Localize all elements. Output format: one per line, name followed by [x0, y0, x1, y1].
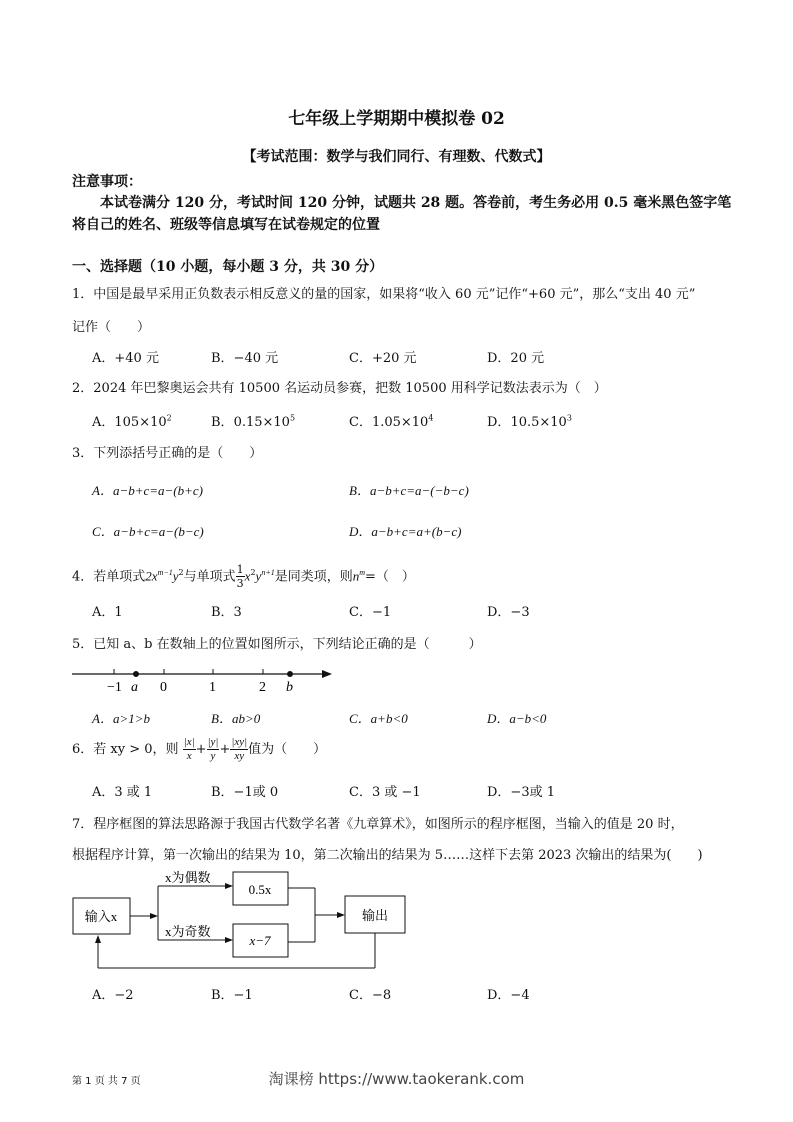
option-d: D．a−b+c=a+(b−c) [349, 521, 461, 540]
option-b: B．0.15×105 [211, 411, 295, 430]
question-1: 1．中国是最早采用正负数表示相反意义的量的国家，如果将“收入 60 元”记作“+… [72, 283, 695, 302]
question-text: 下列添括号正确的是（ ） [93, 446, 262, 461]
option-c: C．a+b<0 [349, 708, 408, 727]
option-b: B．a−b+c=a−(−b−c) [349, 480, 469, 499]
option-c: C．a−b+c=a−(b−c) [92, 521, 204, 540]
svg-text:−1: −1 [107, 680, 122, 695]
option-a: A．3 或 1 [92, 781, 152, 800]
option-c: C．+20 元 [349, 347, 417, 366]
option-d: D．−3或 1 [487, 781, 555, 800]
option-c: C．1.05×104 [349, 411, 433, 430]
svg-text:输出: 输出 [362, 908, 388, 923]
number-line-figure: −1 a 0 1 2 b [70, 660, 340, 695]
option-b: B．−40 元 [211, 347, 278, 366]
exam-scope: 【考试范围：数学与我们同行、有理数、代数式】 [0, 146, 793, 166]
svg-text:0: 0 [160, 680, 167, 695]
question-4: 4．若单项式2xm−1y2与单项式13x2yn+1是同类项，则nm=（ ） [72, 560, 415, 590]
question-7-line2: 根据程序计算，第一次输出的结果为 10，第二次输出的结果为 5……这样下去第 2… [72, 844, 703, 863]
svg-text:输入x: 输入x [85, 909, 118, 924]
fraction: 13 [236, 563, 245, 590]
option-a: A．a−b+c=a−(b+c) [92, 480, 203, 499]
question-number: 1． [72, 287, 93, 302]
svg-text:x−7: x−7 [248, 933, 271, 948]
option-c: C．−1 [349, 601, 391, 620]
section-title: 一、选择题（10 小题，每小题 3 分，共 30 分） [72, 256, 383, 276]
question-5: 5．已知 a、b 在数轴上的位置如图所示，下列结论正确的是（ ） [72, 633, 482, 652]
option-a: A．105×102 [92, 411, 172, 430]
option-d: D．10.5×103 [487, 411, 572, 430]
svg-text:0.5x: 0.5x [249, 882, 272, 897]
question-number: 3． [72, 446, 93, 461]
question-1-line2: 记作（ ） [72, 316, 150, 335]
notice-heading: 注意事项： [72, 171, 142, 191]
option-b: B．3 [211, 601, 242, 620]
question-text: 中国是最早采用正负数表示相反意义的量的国家，如果将“收入 60 元”记作“+60… [93, 287, 695, 302]
option-d: D．20 元 [487, 347, 544, 366]
option-c: C．3 或 −1 [349, 781, 421, 800]
flowchart-figure: 输入x x为偶数 x为奇数 0.5x x−7 输出 [70, 864, 420, 974]
option-d: D．a−b<0 [487, 708, 546, 727]
option-b: B．−1 [211, 984, 253, 1003]
question-6: 6．若 xy > 0，则 |x|x+|y|y+|xy|xy值为（ ） [72, 736, 326, 763]
question-2: 2．2024 年巴黎奥运会共有 10500 名运动员参赛，把数 10500 用科… [72, 377, 607, 396]
option-a: A．−2 [92, 984, 134, 1003]
question-text: 2024 年巴黎奥运会共有 10500 名运动员参赛，把数 10500 用科学记… [93, 381, 606, 396]
question-7: 7．程序框图的算法思路源于我国古代数学名著《九章算术》，如图所示的程序框图，当输… [72, 813, 684, 832]
option-b: B．ab>0 [211, 708, 260, 727]
svg-text:1: 1 [209, 680, 216, 695]
arrow-head-icon [322, 670, 332, 678]
svg-text:x为奇数: x为奇数 [165, 924, 211, 939]
point-a [133, 671, 139, 677]
point-b [287, 671, 293, 677]
option-a: A．+40 元 [92, 347, 159, 366]
option-b: B．−1或 0 [211, 781, 278, 800]
watermark: 淘课榜 https://www.taokerank.com [0, 1068, 793, 1089]
question-3: 3．下列添括号正确的是（ ） [72, 442, 262, 461]
svg-text:2: 2 [259, 680, 266, 695]
option-a: A．1 [92, 601, 123, 620]
notice-body: 本试卷满分 120 分，考试时间 120 分钟，试题共 28 题。答卷前，考生务… [72, 192, 732, 236]
option-c: C．−8 [349, 984, 391, 1003]
document-title: 七年级上学期期中模拟卷 02 [0, 104, 793, 129]
option-a: A．a>1>b [92, 708, 150, 727]
option-d: D．−4 [487, 984, 530, 1003]
option-d: D．−3 [487, 601, 530, 620]
svg-text:b: b [286, 680, 293, 695]
svg-text:a: a [131, 680, 138, 695]
svg-text:x为偶数: x为偶数 [165, 870, 211, 885]
question-number: 2． [72, 381, 93, 396]
